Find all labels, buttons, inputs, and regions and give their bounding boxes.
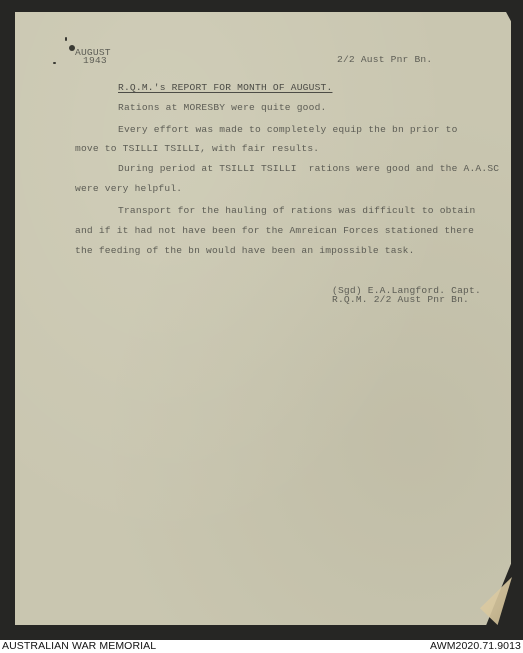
header-unit: 2/2 Aust Pnr Bn. xyxy=(337,54,432,65)
footer-reference: AWM2020.71.9013 xyxy=(430,640,521,653)
paragraph-line: Transport for the hauling of rations was… xyxy=(118,205,475,216)
paragraph-line: Every effort was made to completely equi… xyxy=(118,124,458,135)
scanned-document-image: AUGUST 1943 2/2 Aust Pnr Bn. R.Q.M.'s RE… xyxy=(0,0,523,640)
footer-institution: AUSTRALIAN WAR MEMORIAL xyxy=(2,640,156,653)
signature-line-2: R.Q.M. 2/2 Aust Pnr Bn. xyxy=(332,294,469,305)
paragraph-line: and if it had not have been for the Amre… xyxy=(75,225,474,236)
paper-sheet: AUGUST 1943 2/2 Aust Pnr Bn. R.Q.M.'s RE… xyxy=(15,12,511,625)
ink-mark xyxy=(65,37,67,41)
paragraph-line: the feeding of the bn would have been an… xyxy=(75,245,415,256)
ink-mark xyxy=(53,62,56,64)
paragraph-line: During period at TSILLI TSILLI rations w… xyxy=(118,163,499,174)
paragraph-line: were very helpful. xyxy=(75,183,182,194)
report-title: R.Q.M.'s REPORT FOR MONTH OF AUGUST. xyxy=(118,82,332,93)
paragraph-line: move to TSILLI TSILLI, with fair results… xyxy=(75,143,319,154)
paragraph-line: Rations at MORESBY were quite good. xyxy=(118,102,327,113)
header-date-year: 1943 xyxy=(83,55,107,66)
